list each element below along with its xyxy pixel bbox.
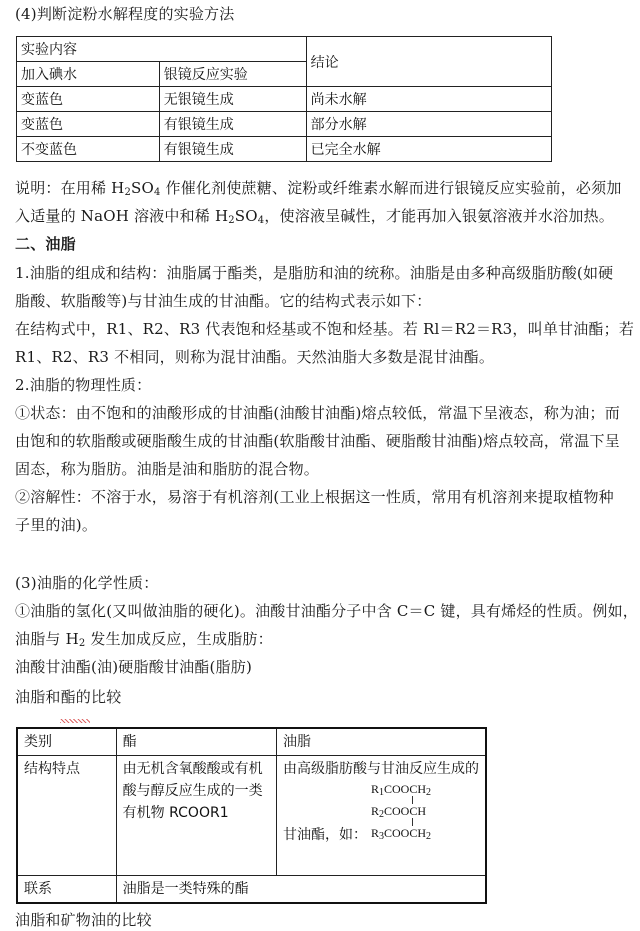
composition-line-1: 1.油脂的组成和结构：油脂属于酯类，是脂肪和油的统称。油脂是由多种高级脂肪酸(如…	[15, 263, 613, 283]
note-line-1: 说明：在用稀 H2SO4 作催化剂使蔗糖、淀粉或纤维素水解而进行银镜反应实验前，…	[15, 178, 622, 198]
state-line-2: 由饱和的软脂酸或硬脂酸生成的甘油酯(软脂酸甘油酯、硬脂酸甘油酯)熔点较高，常温下…	[15, 431, 620, 451]
fat-structure-text: 由高级脂肪酸与甘油反应生成的	[283, 758, 479, 780]
header-fat: 油脂	[277, 728, 487, 756]
cell-silver: 有银镜生成	[159, 137, 306, 162]
ester-structure: 由无机含氧酸酸或有机酸与醇反应生成的一类有机物 RCOOR1	[116, 756, 276, 876]
cell-iodine: 不变蓝色	[17, 137, 160, 162]
solubility-line-2: 子里的油)。	[15, 515, 97, 535]
cell-conclusion: 尚未水解	[306, 87, 551, 112]
composition-line-4: R1、R2、R3 不相同，则称为混甘油酯。天然油脂大多数是混甘油酯。	[15, 347, 494, 367]
cell-conclusion: 部分水解	[306, 112, 551, 137]
table-row: 不变蓝色 有银镜生成 已完全水解	[17, 137, 552, 162]
relation-text: 油脂是一类特殊的酯	[116, 876, 486, 904]
reaction-line: 油酸甘油酯(油)硬脂酸甘油酯(脂肪)	[15, 657, 252, 677]
header-category: 类别	[17, 728, 116, 756]
cell-silver: 无银镜生成	[159, 87, 306, 112]
header-experiment-content: 实验内容	[17, 37, 307, 62]
fat-structure: 由高级脂肪酸与甘油反应生成的 甘油酯，如： R1COOCH2 R2COOCH R…	[277, 756, 487, 876]
starch-hydrolysis-table: 实验内容 结论 加入碘水 银镜反应实验 变蓝色 无银镜生成 尚未水解 变蓝色 有…	[16, 36, 552, 162]
fat-example-label: 甘油酯，如：	[283, 824, 367, 846]
section2-heading: 二、油脂	[15, 234, 76, 254]
section4-title: (4)判断淀粉水解程度的实验方法	[15, 4, 234, 24]
solubility-line-1: ②溶解性：不溶于水，易溶于有机溶剂(工业上根据这一性质，常用有机溶剂来提取植物种	[15, 487, 614, 507]
hydrogenation-line-2: 油脂与 H2 发生加成反应，生成脂肪：	[15, 629, 273, 649]
cell-iodine: 变蓝色	[17, 112, 160, 137]
table-row: 变蓝色 无银镜生成 尚未水解	[17, 87, 552, 112]
chemical-heading: (3)油脂的化学性质：	[15, 573, 158, 593]
state-line-3: 固态，称为脂肪。油脂是油和脂肪的混合物。	[15, 459, 319, 479]
relation-label: 联系	[17, 876, 116, 904]
bond-line	[412, 818, 413, 826]
bond-line	[412, 796, 413, 804]
triglyceride-formula: R1COOCH2 R2COOCH R3COOCH2	[371, 782, 431, 840]
header-ester: 酯	[116, 728, 276, 756]
header-conclusion: 结论	[306, 37, 551, 87]
cell-silver: 有银镜生成	[159, 112, 306, 137]
cell-conclusion: 已完全水解	[306, 137, 551, 162]
header-iodine: 加入碘水	[17, 62, 160, 87]
note-line-2: 入适量的 NaOH 溶液中和稀 H2SO4，使溶液呈碱性，才能再加入银氨溶液并水…	[15, 206, 614, 226]
cell-iodine: 变蓝色	[17, 87, 160, 112]
header-silver-mirror: 银镜反应实验	[159, 62, 306, 87]
physical-heading: 2.油脂的物理性质：	[15, 375, 151, 395]
composition-line-2: 脂酸、软脂酸等)与甘油生成的甘油酯。它的结构式表示如下：	[15, 291, 431, 311]
table-row: 变蓝色 有银镜生成 部分水解	[17, 112, 552, 137]
composition-line-3: 在结构式中，R1、R2、R3 代表饱和烃基或不饱和烃基。若 Rl＝R2＝R3，叫…	[15, 319, 634, 339]
state-line-1: ①状态：由不饱和的油酸形成的甘油酯(油酸甘油酯)熔点较低，常温下呈液态，称为油；…	[15, 403, 620, 423]
compare-mineral-oil-title: 油脂和矿物油的比较	[15, 910, 152, 930]
structure-label: 结构特点	[17, 756, 116, 876]
fat-vs-ester-table: 类别 酯 油脂 结构特点 由无机含氧酸酸或有机酸与醇反应生成的一类有机物 RCO…	[16, 727, 487, 904]
compare-ester-title: 油脂和酯的比较	[15, 687, 121, 707]
hydrogenation-line-1: ①油脂的氢化(又叫做油脂的硬化)。油酸甘油酯分子中含 C＝C 键，具有烯烃的性质…	[15, 601, 638, 621]
spellcheck-underline	[60, 719, 90, 723]
